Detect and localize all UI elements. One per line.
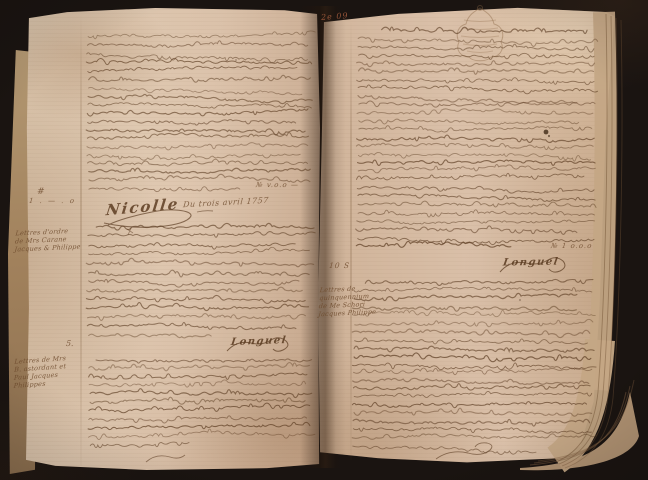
- handwriting-line: [354, 286, 592, 293]
- handwriting-line: [354, 292, 577, 301]
- handwriting-line: [355, 338, 588, 345]
- handwriting-line: [88, 314, 306, 321]
- handwriting-line: [89, 380, 305, 387]
- heading-right: Longuel: [502, 256, 560, 268]
- handwriting-line: [353, 378, 589, 385]
- handwriting-svg: [0, 0, 648, 480]
- handwriting-line: [89, 75, 311, 82]
- handwriting-line: [89, 279, 299, 287]
- handwriting-line: [357, 218, 595, 225]
- handwriting-line: [86, 58, 311, 64]
- margin-hash-mark: #: [36, 187, 45, 197]
- handwriting-line: [354, 391, 592, 399]
- handwriting-line: [357, 172, 584, 181]
- handwriting-line: [89, 334, 211, 338]
- seal-icon: [457, 6, 503, 61]
- folio-mark: 2e 09: [321, 11, 349, 22]
- handwriting-line: [89, 247, 310, 255]
- end-flourish-left: [146, 455, 185, 462]
- handwriting-line: [90, 442, 189, 448]
- handwriting-block-left-block-2: [86, 223, 315, 338]
- handwriting-line: [89, 416, 307, 423]
- handwriting-line: [356, 225, 577, 234]
- handwriting-line: [382, 27, 587, 35]
- section-number: 5.: [66, 339, 75, 348]
- margin-note-top: Lettres d'ordre de Mrs Carane Jacques & …: [14, 227, 82, 254]
- handwriting-line: [353, 383, 590, 391]
- handwriting-line: [359, 52, 595, 60]
- handwriting-line: [354, 346, 594, 353]
- handwriting-line: [357, 134, 595, 143]
- handwriting-line: [354, 353, 591, 363]
- handwriting-line: [358, 209, 594, 218]
- handwriting-line: [353, 310, 596, 318]
- handwriting-line: [352, 305, 576, 312]
- handwriting-line: [87, 109, 308, 116]
- handwriting-line: [88, 159, 308, 166]
- handwriting-line: [89, 373, 307, 380]
- handwriting-line: [88, 66, 297, 73]
- margin-dash-line: 1 . — . o: [29, 197, 77, 205]
- handwriting-line: [96, 359, 312, 363]
- heading-left: Longuel: [230, 335, 287, 348]
- handwriting-line: [88, 422, 310, 429]
- handwriting-line: [353, 446, 536, 455]
- handwriting-block-right-block-1: [355, 27, 598, 249]
- handwriting-line: [88, 94, 312, 103]
- handwriting-line: [86, 303, 308, 311]
- handwriting-line: [353, 418, 590, 426]
- handwriting-line: [89, 168, 310, 173]
- handwriting-line: [357, 77, 594, 85]
- handwriting-line: [358, 164, 595, 175]
- handwriting-line: [89, 243, 295, 250]
- handwriting-line: [359, 119, 579, 126]
- handwriting-line: [87, 41, 307, 48]
- handwriting-block-left-block-3: [88, 359, 315, 448]
- handwriting-line: [88, 120, 296, 126]
- handwriting-line: [357, 108, 593, 116]
- fee-mark-right: № 1 o.o.o: [551, 242, 593, 250]
- handwriting-line: [89, 429, 315, 440]
- handwriting-line: [355, 318, 593, 327]
- price-mark: 10 S: [329, 261, 351, 270]
- handwriting-line: [90, 397, 305, 404]
- handwriting-line: [352, 362, 596, 370]
- ink-flourishes: [104, 210, 565, 462]
- fee-mark-left: № v.o.o —: [256, 181, 300, 189]
- handwriting-line: [365, 278, 593, 286]
- handwriting-line: [89, 87, 302, 94]
- handwriting-line: [358, 43, 594, 52]
- handwriting-line: [352, 329, 590, 338]
- handwriting-line: [354, 408, 592, 417]
- handwriting-line: [88, 31, 315, 39]
- handwriting-line: [89, 187, 240, 192]
- handwriting-line: [86, 258, 313, 266]
- handwriting-line: [358, 159, 596, 167]
- handwriting-line: [358, 201, 596, 208]
- handwriting-line: [352, 401, 586, 409]
- handwriting-line: [86, 295, 305, 303]
- handwriting-line: [358, 85, 597, 94]
- handwriting-line: [358, 194, 595, 202]
- handwriting-line: [359, 125, 592, 133]
- scan-background: 2e 09 Nicolle Du trois avril 1757 # 1 . …: [0, 0, 648, 480]
- handwriting-line: [89, 363, 309, 371]
- margin-note-right: Lettres de quinquennium de Me Schori Jac…: [318, 284, 378, 319]
- handwriting-block-right-block-2: [352, 278, 598, 455]
- handwriting-line: [357, 185, 594, 193]
- handwriting-line: [87, 287, 303, 292]
- handwriting-block-left-block-1: [86, 31, 315, 192]
- handwriting-line: [90, 389, 312, 398]
- handwriting-line: [357, 60, 595, 68]
- handwriting-line: [87, 323, 296, 330]
- handwriting-line: [88, 103, 312, 108]
- handwriting-line: [353, 427, 591, 434]
- handwriting-line: [87, 154, 300, 160]
- handwriting-line: [359, 67, 594, 75]
- handwriting-line: [88, 232, 315, 238]
- margin-note-bottom: Lettres de Mrs B. astordant et Paul Jacq…: [14, 354, 67, 390]
- handwriting-line: [87, 143, 308, 150]
- handwriting-line: [356, 142, 593, 150]
- handwriting-line: [89, 403, 310, 413]
- handwriting-line: [358, 152, 590, 161]
- handwriting-line: [89, 270, 310, 277]
- handwriting-line: [87, 133, 308, 140]
